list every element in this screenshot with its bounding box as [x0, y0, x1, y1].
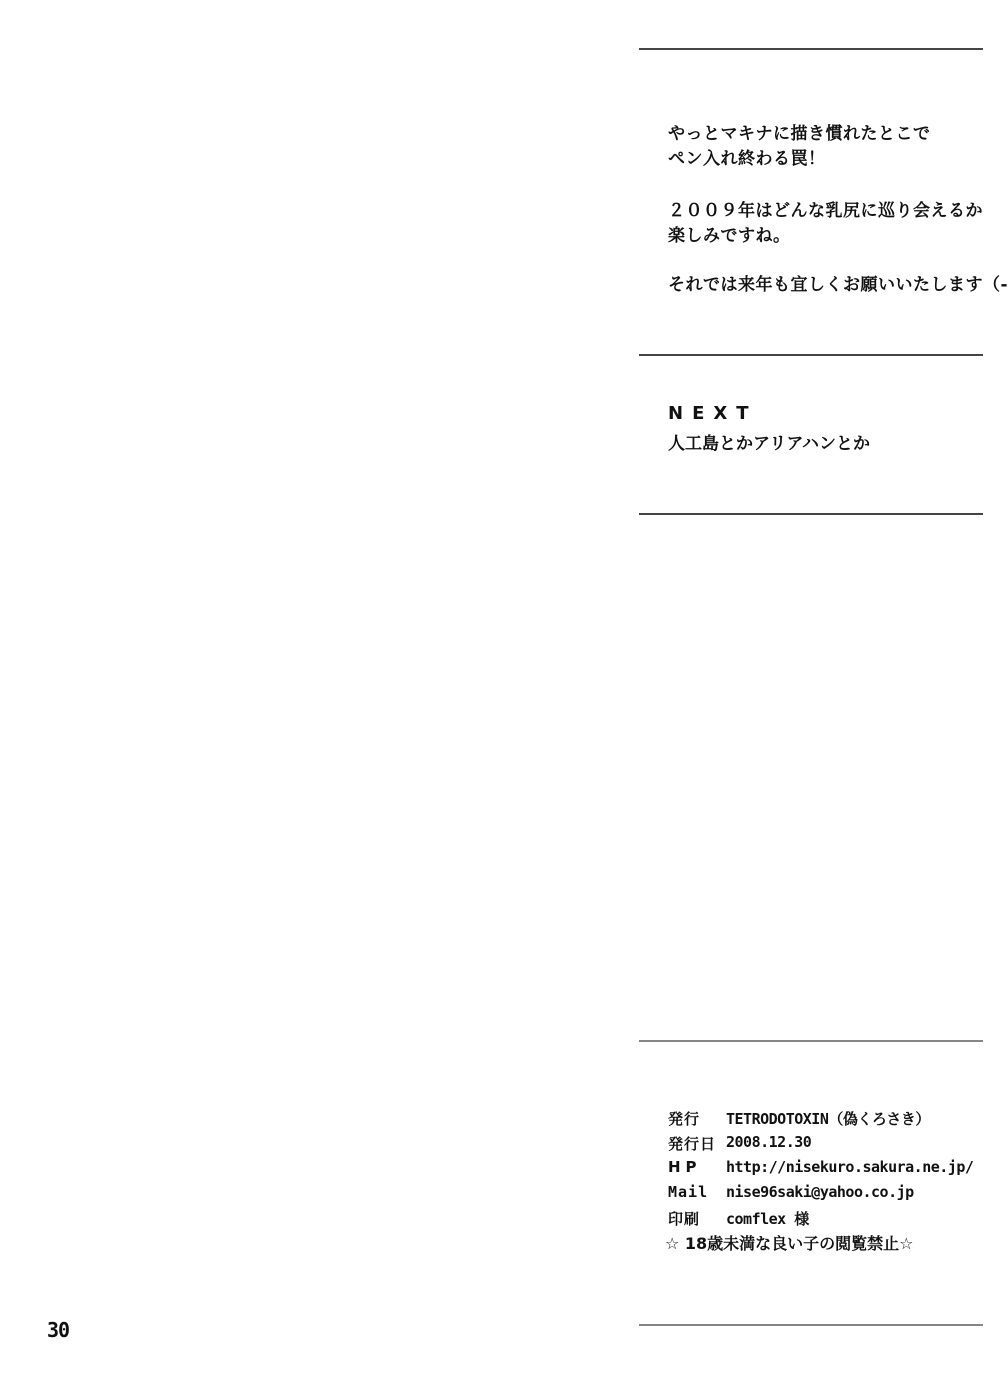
colophon-label-publisher: 発行	[668, 1108, 726, 1129]
next-heading: NEXT	[668, 403, 758, 424]
colophon-row-mail: Mail nise96saki@yahoo.co.jp	[668, 1183, 988, 1208]
colophon-value-printer: comflex 様	[726, 1208, 809, 1229]
colophon-value-homepage-url: http://nisekuro.sakura.ne.jp/	[726, 1158, 973, 1176]
afterword-line-1: やっとマキナに描き慣れたとこで	[668, 119, 931, 144]
colophon-row-publisher: 発行 TETRODOTOXIN（偽くろさき）	[668, 1108, 988, 1133]
afterword-line-3: ２００９年はどんな乳尻に巡り会えるか	[668, 196, 983, 221]
next-description: 人工島とかアリアハンとか	[668, 429, 870, 454]
age-restriction-notice: ☆ 18歳未満な良い子の閲覧禁止☆	[665, 1231, 914, 1254]
colophon-label-mail: Mail	[668, 1183, 726, 1201]
afterword-line-5: それでは来年も宜しくお願いいたします（-人-）	[668, 270, 1008, 295]
colophon-value-publish-date: 2008.12.30	[726, 1133, 811, 1151]
colophon-row-printer: 印刷 comflex 様	[668, 1208, 988, 1233]
divider-afterword-bottom	[639, 354, 983, 356]
afterword-line-2: ペン入れ終わる罠！	[668, 144, 826, 169]
divider-top	[639, 48, 983, 50]
colophon-label-homepage: HP	[668, 1158, 726, 1176]
colophon-value-mail-address: nise96saki@yahoo.co.jp	[726, 1183, 914, 1201]
divider-colophon-top	[639, 1040, 983, 1042]
colophon-label-printer: 印刷	[668, 1208, 726, 1229]
colophon-label-publish-date: 発行日	[668, 1133, 726, 1154]
colophon: 発行 TETRODOTOXIN（偽くろさき） 発行日 2008.12.30 HP…	[668, 1108, 988, 1233]
colophon-row-publish-date: 発行日 2008.12.30	[668, 1133, 988, 1158]
afterword-line-4: 楽しみですね。	[668, 221, 791, 246]
divider-colophon-bottom	[639, 1324, 983, 1326]
colophon-row-homepage: HP http://nisekuro.sakura.ne.jp/	[668, 1158, 988, 1183]
doujinshi-afterword-page: やっとマキナに描き慣れたとこで ペン入れ終わる罠！ ２００９年はどんな乳尻に巡り…	[0, 0, 1008, 1400]
colophon-value-publisher: TETRODOTOXIN（偽くろさき）	[726, 1108, 930, 1129]
page-number: 30	[47, 1318, 69, 1342]
divider-next-bottom	[639, 513, 983, 515]
